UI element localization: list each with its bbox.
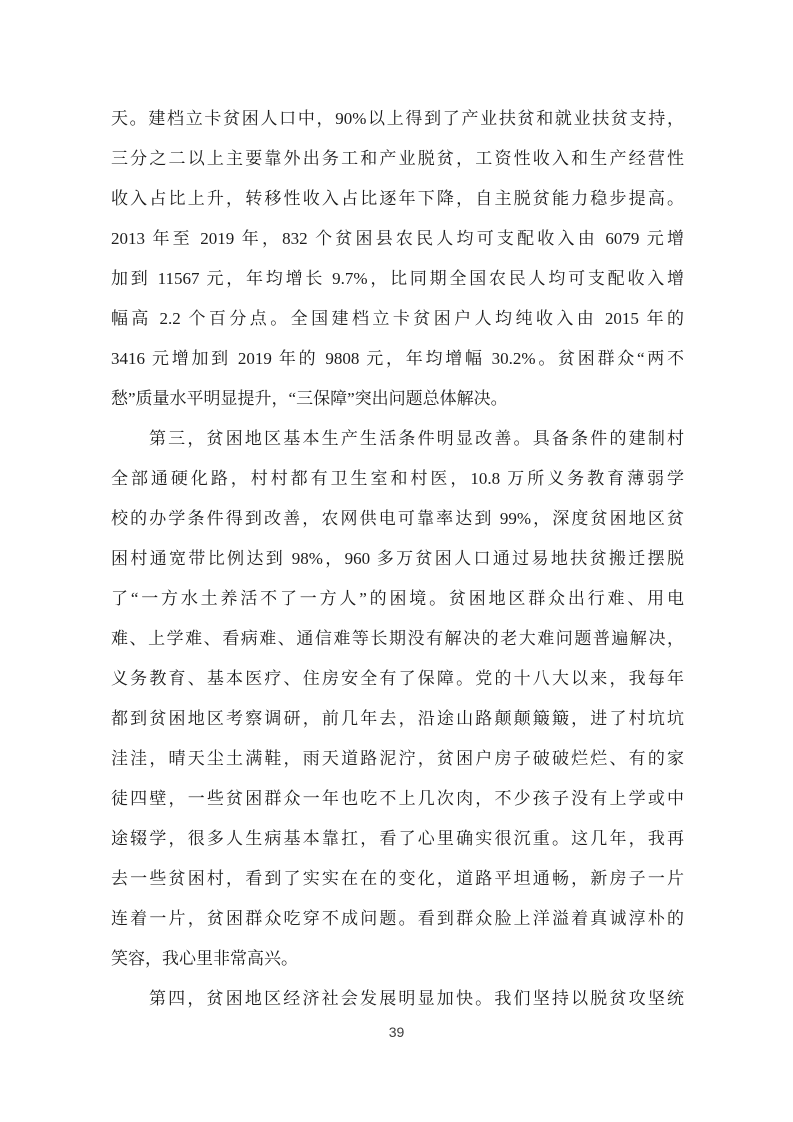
text-line: 连着一片，贫困群众吃穿不成问题。看到群众脸上洋溢着真诚淳朴的: [111, 899, 684, 939]
text-line: 都到贫困地区考察调研，前几年去，沿途山路颠颠簸簸，进了村坑坑: [111, 699, 684, 739]
text-line: 途辍学，很多人生病基本靠扛，看了心里确实很沉重。这几年，我再: [111, 819, 684, 859]
text-line: 了“一方水土养活不了一方人”的困境。贫困地区群众出行难、用电: [111, 579, 684, 619]
text-line: 三分之二以上主要靠外出务工和产业脱贫，工资性收入和生产经营性: [111, 139, 684, 179]
text-line: 加到 11567 元，年均增长 9.7%，比同期全国农民人均可支配收入增: [111, 259, 684, 299]
text-line: 第三，贫困地区基本生产生活条件明显改善。具备条件的建制村: [111, 419, 684, 459]
text-line: 去一些贫困村，看到了实实在在的变化，道路平坦通畅，新房子一片: [111, 859, 684, 899]
text-line: 难、上学难、看病难、通信难等长期没有解决的老大难问题普遍解决，: [111, 619, 684, 659]
text-line: 困村通宽带比例达到 98%，960 多万贫困人口通过易地扶贫搬迁摆脱: [111, 539, 684, 579]
text-line: 3416 元增加到 2019 年的 9808 元，年均增幅 30.2%。贫困群众…: [111, 339, 684, 379]
text-line: 幅高 2.2 个百分点。全国建档立卡贫困户人均纯收入由 2015 年的: [111, 299, 684, 339]
document-page: 天。建档立卡贫困人口中，90%以上得到了产业扶贫和就业扶贫支持， 三分之二以上主…: [0, 0, 793, 1122]
page-number: 39: [0, 1024, 793, 1040]
text-line: 笑容，我心里非常高兴。: [111, 939, 684, 979]
text-line: 全部通硬化路，村村都有卫生室和村医，10.8 万所义务教育薄弱学: [111, 459, 684, 499]
text-line: 2013 年至 2019 年，832 个贫困县农民人均可支配收入由 6079 元…: [111, 219, 684, 259]
text-line: 徒四壁，一些贫困群众一年也吃不上几次肉，不少孩子没有上学或中: [111, 779, 684, 819]
text-line: 天。建档立卡贫困人口中，90%以上得到了产业扶贫和就业扶贫支持，: [111, 99, 684, 139]
text-line: 第四，贫困地区经济社会发展明显加快。我们坚持以脱贫攻坚统: [111, 979, 684, 1019]
text-line: 愁”质量水平明显提升，“三保障”突出问题总体解决。: [111, 379, 684, 419]
document-body: 天。建档立卡贫困人口中，90%以上得到了产业扶贫和就业扶贫支持， 三分之二以上主…: [111, 99, 684, 1019]
text-line: 洼洼，晴天尘土满鞋，雨天道路泥泞，贫困户房子破破烂烂、有的家: [111, 739, 684, 779]
text-line: 义务教育、基本医疗、住房安全有了保障。党的十八大以来，我每年: [111, 659, 684, 699]
text-line: 校的办学条件得到改善，农网供电可靠率达到 99%，深度贫困地区贫: [111, 499, 684, 539]
text-line: 收入占比上升，转移性收入占比逐年下降，自主脱贫能力稳步提高。: [111, 179, 684, 219]
